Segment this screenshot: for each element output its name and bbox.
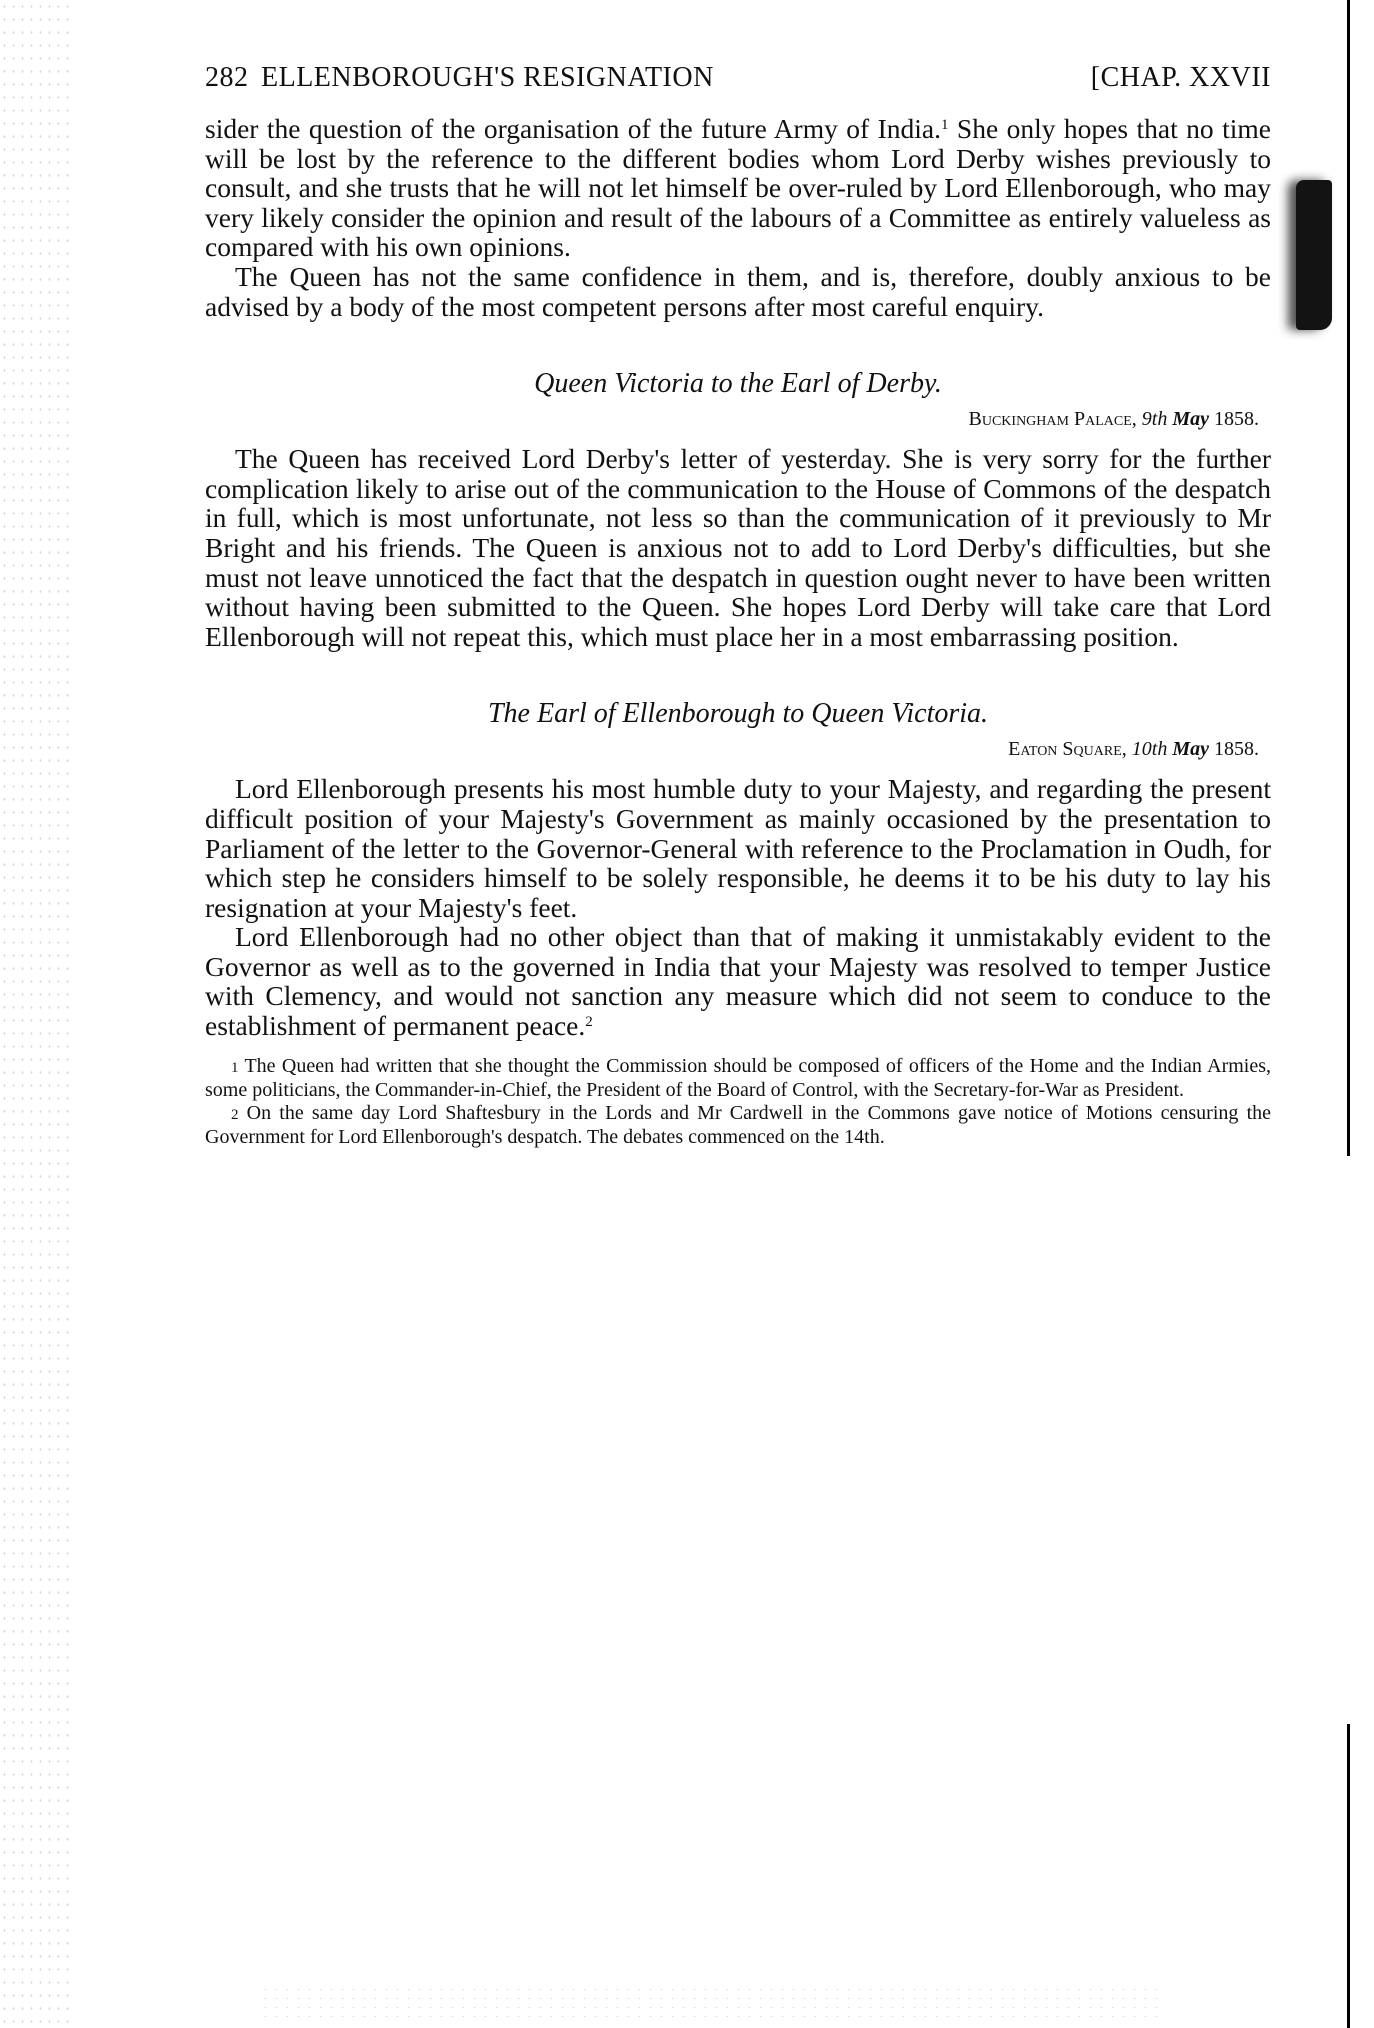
dateline-month: May	[1172, 408, 1209, 430]
footnotes: 1 The Queen had written that she thought…	[205, 1055, 1271, 1149]
dateline-1: Buckingham Palace, 9th May 1858.	[205, 406, 1259, 432]
dateline-month: May	[1172, 738, 1209, 760]
dateline-year: 1858.	[1214, 738, 1259, 760]
dateline-place: Eaton Square,	[1008, 738, 1127, 760]
letter-1-paragraph-1: The Queen has received Lord Derby's lett…	[205, 444, 1271, 651]
letter-2-paragraph-1: Lord Ellenborough presents his most humb…	[205, 774, 1271, 922]
letter-body-1: The Queen has received Lord Derby's lett…	[205, 444, 1271, 651]
ink-blot	[1296, 180, 1332, 330]
dateline-day: 10th	[1132, 738, 1168, 760]
footnote-2: 2 On the same day Lord Shaftesbury in th…	[205, 1102, 1271, 1149]
dateline-year: 1858.	[1214, 408, 1259, 430]
footnote-ref-2[interactable]: 2	[585, 1014, 593, 1030]
chapter-label: [CHAP. XXVII	[1091, 62, 1271, 94]
opening-paragraph-2: The Queen has not the same confidence in…	[205, 262, 1271, 321]
scan-speckle-left	[0, 0, 70, 2028]
footnote-ref-1[interactable]: 1	[941, 117, 949, 133]
opening-paragraph-1: sider the question of the organisation o…	[205, 114, 1271, 262]
running-title: ELLENBOROUGH'S RESIGNATION	[261, 62, 1091, 94]
footnote-mark: 2	[231, 1107, 239, 1123]
page-edge-line	[1347, 0, 1350, 2028]
letter-heading-2: The Earl of Ellenborough to Queen Victor…	[205, 698, 1271, 730]
running-head: 282 ELLENBOROUGH'S RESIGNATION [CHAP. XX…	[205, 62, 1271, 102]
footnote-mark: 1	[231, 1060, 239, 1076]
dateline-2: Eaton Square, 10th May 1858.	[205, 736, 1259, 762]
page-number: 282	[205, 62, 261, 94]
letter-2-paragraph-2: Lord Ellenborough had no other object th…	[205, 922, 1271, 1040]
body-text: sider the question of the organisation o…	[205, 114, 1271, 1041]
scan-speckle-bottom	[260, 1985, 1160, 2025]
book-page: 282 ELLENBOROUGH'S RESIGNATION [CHAP. XX…	[205, 62, 1271, 1149]
letter-body-2: Lord Ellenborough presents his most humb…	[205, 774, 1271, 1040]
dateline-place: Buckingham Palace,	[969, 408, 1137, 430]
dateline-day: 9th	[1142, 408, 1168, 430]
footnote-1: 1 The Queen had written that she thought…	[205, 1055, 1271, 1102]
letter-heading-1: Queen Victoria to the Earl of Derby.	[205, 368, 1271, 400]
